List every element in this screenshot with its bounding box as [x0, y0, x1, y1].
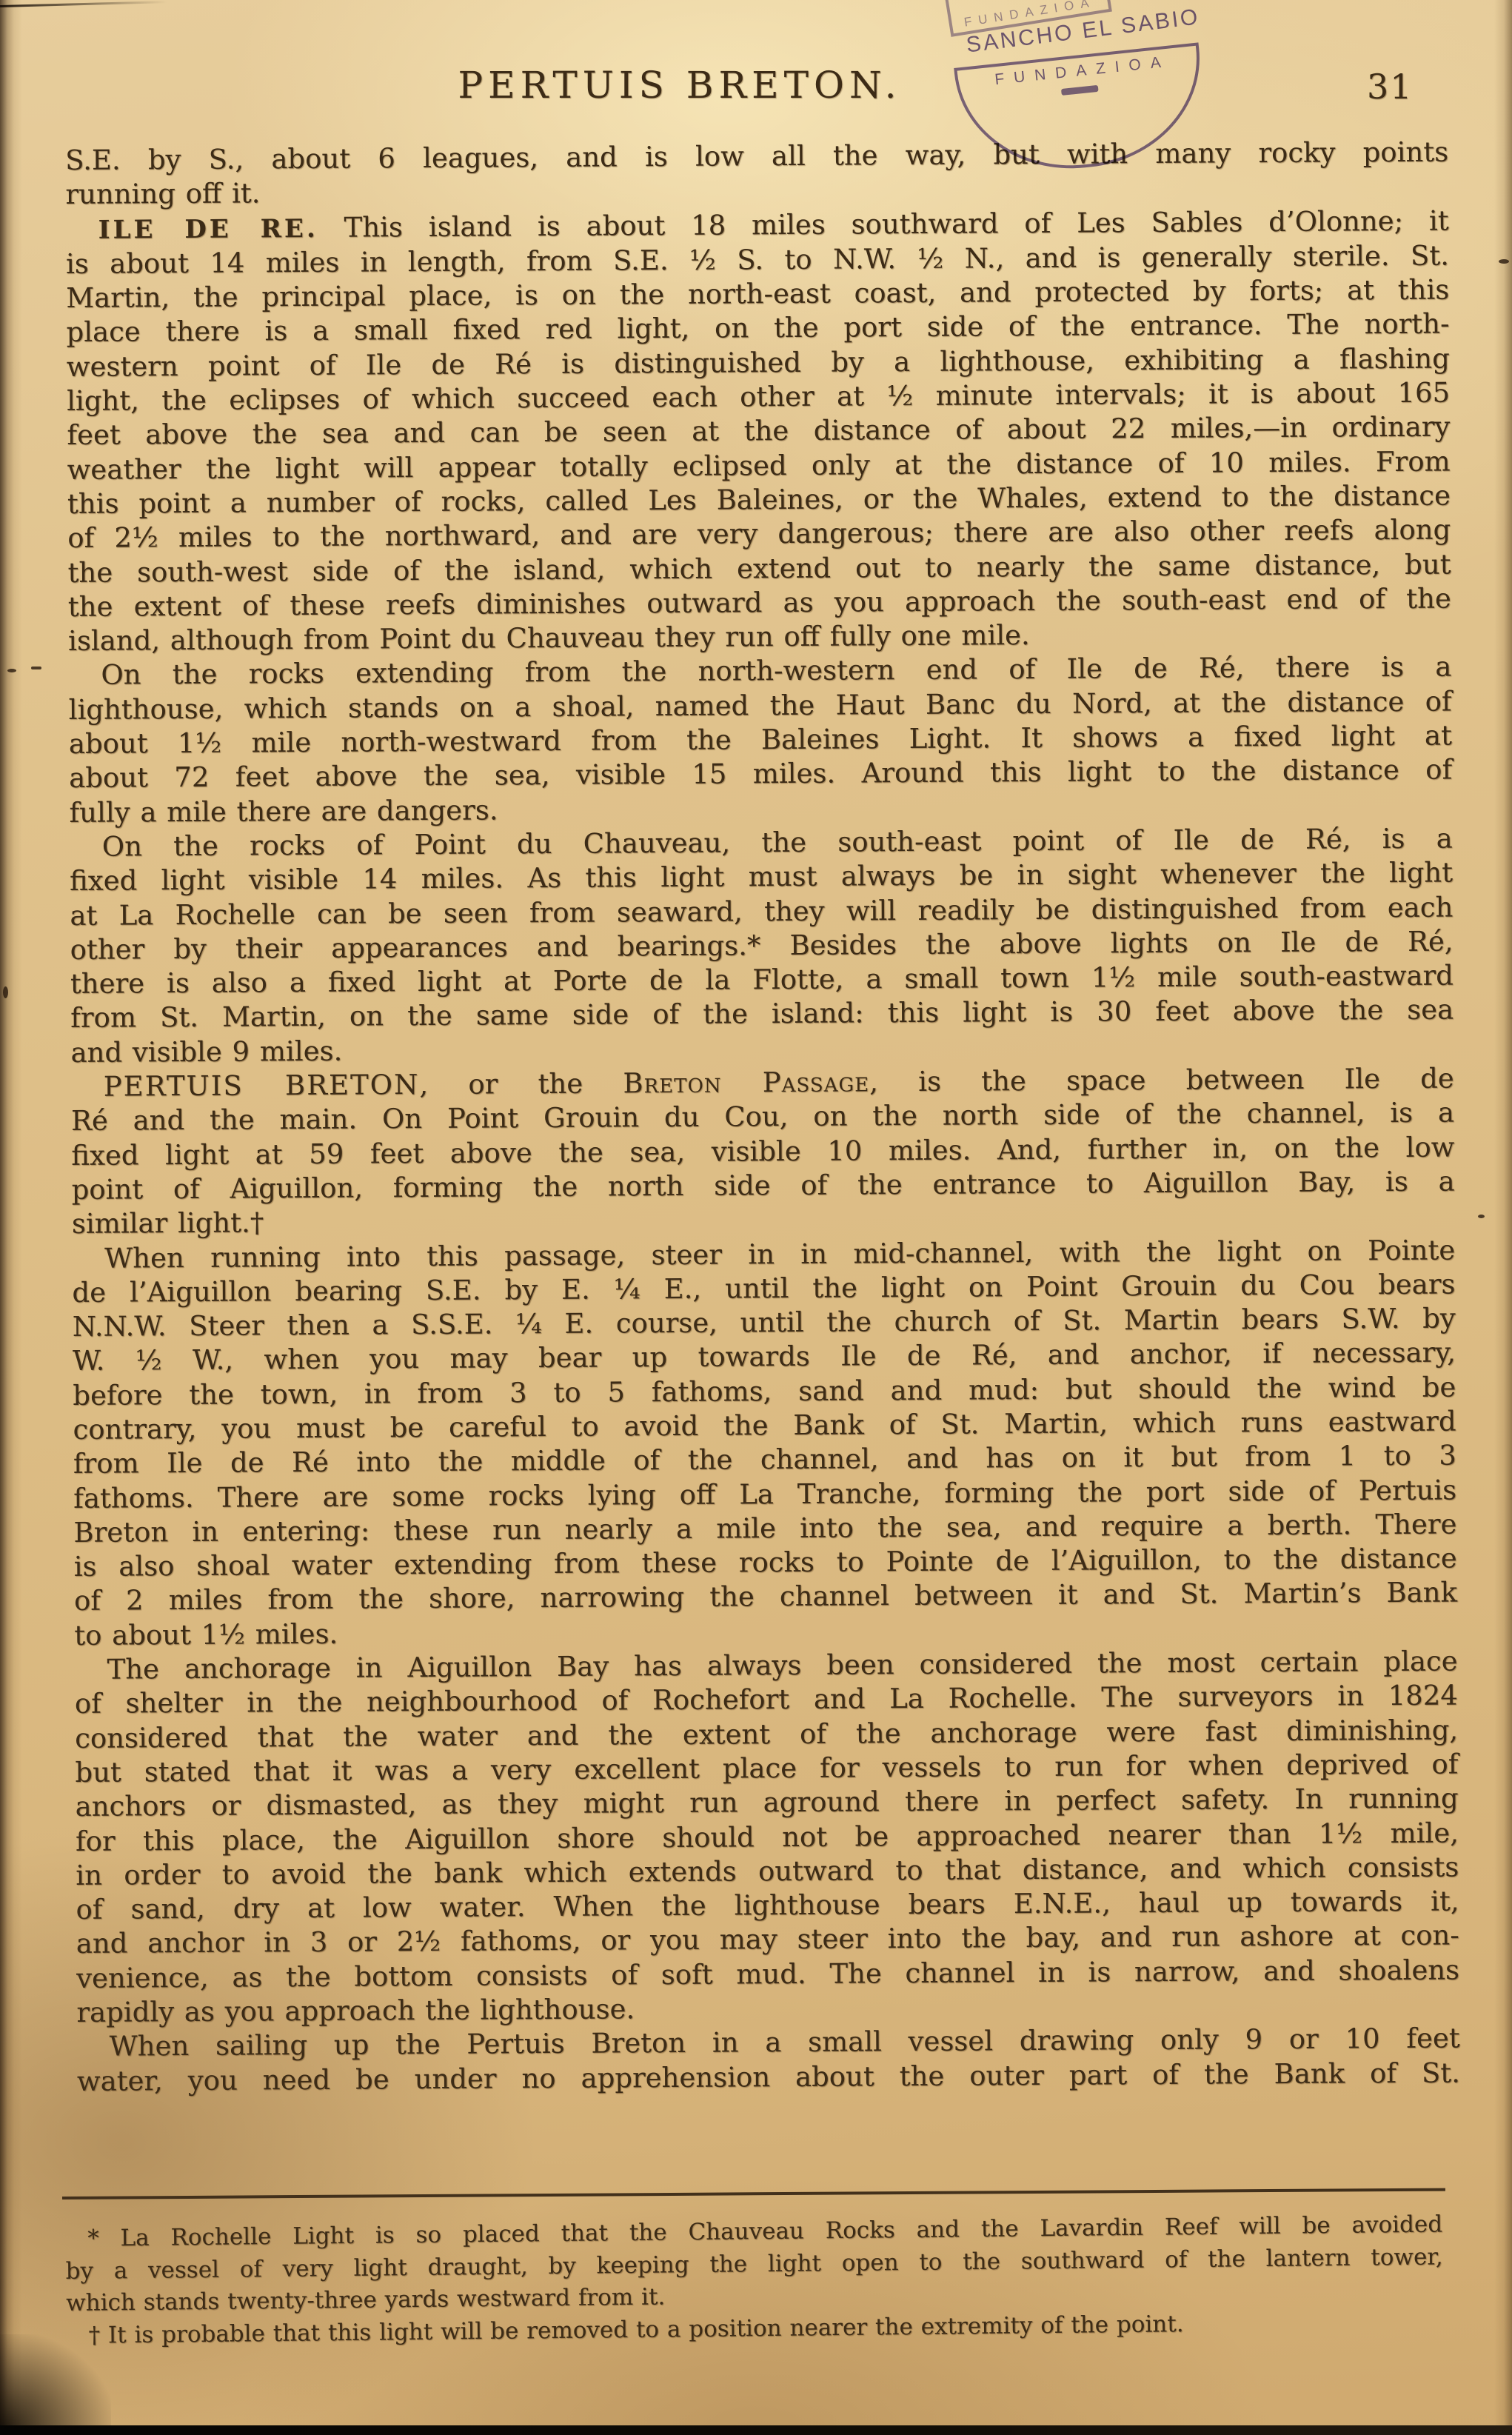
text-run: W. ½ W., when you may bear up towards Il… [73, 1337, 1456, 1377]
text-run: When running into this passage, steer in… [104, 1234, 1455, 1274]
text-run: anchors or dismasted, as they might run … [76, 1783, 1459, 1823]
lead-text-run: ILE DE RE. [98, 214, 318, 245]
text-run: venience, as the bottom consists of soft… [76, 1954, 1459, 1994]
text-run: fixed light visible 14 miles. As this li… [70, 857, 1453, 897]
ink-speck [31, 667, 41, 669]
text-run: fully a mile there are dangers. [69, 794, 498, 829]
text-run: running off it. [65, 178, 260, 211]
text-run: point of Aiguillon, forming the north si… [71, 1165, 1454, 1205]
caps-text-run: PERTUIS BRETON [104, 1069, 420, 1103]
ink-speck [7, 669, 16, 672]
text-run: island, although from Point du Chauveau … [68, 619, 1030, 657]
page-number: 31 [1367, 67, 1414, 107]
ink-speck [1478, 1215, 1485, 1218]
bottom-left-page-curl [0, 2334, 111, 2431]
footnote-divider [62, 2188, 1445, 2199]
text-run: from Ile de Ré into the middle of the ch… [73, 1440, 1456, 1480]
page-right-edge-shadow [1494, 0, 1512, 2435]
body-text: S.E. by S., about 6 leagues, and is low … [65, 136, 1460, 2099]
sc-text-run: Breton Passage [623, 1066, 869, 1099]
text-run: similar light.† [72, 1207, 264, 1240]
text-run: of shelter in the neighbourhood of Roche… [75, 1680, 1458, 1720]
text-run: and anchor in 3 or 2½ fathoms, or you ma… [76, 1920, 1459, 1960]
ink-speck [1499, 259, 1509, 264]
stamp-dash-mark [1061, 85, 1099, 96]
text-run: This island is about 18 miles southward … [318, 204, 1449, 243]
bottom-scan-edge [0, 2425, 1512, 2435]
text-run: feet above the sea and can be seen at th… [67, 411, 1450, 451]
ink-speck [3, 986, 8, 998]
text-run: of 2 miles from the shore, narrowing the… [74, 1577, 1457, 1617]
top-left-corner-mark [0, 1, 167, 7]
text-run: S.E. by S., about 6 leagues, and is low … [65, 136, 1448, 176]
text-run: which stands twenty-three yards westward… [66, 2284, 666, 2317]
text-run: of 2½ miles to the northward, and are ve… [67, 514, 1451, 554]
library-stamp: FUNDAZIOA SANCHO EL SABIO FUNDAZIOA [948, 0, 1217, 193]
text-run: , is the space between Ile de [869, 1063, 1454, 1098]
text-run: , or the [419, 1067, 623, 1100]
text-run: Ré and the main. On Point Grouin du Cou,… [71, 1097, 1454, 1137]
text-run: water, you need be under no apprehension… [77, 2057, 1460, 2097]
text-run: and visible 9 miles. [70, 1035, 342, 1068]
text-run: rapidly as you approach the lighthouse. [76, 1993, 635, 2028]
text-run: the extent of these reefs diminishes out… [68, 582, 1451, 622]
page-left-edge-shadow [0, 0, 22, 2435]
footnotes: * La Rochelle Light is so placed that th… [65, 2209, 1444, 2352]
stamp-semicircle: FUNDAZIOA [954, 42, 1210, 180]
text-run: On the rocks extending from the north-we… [101, 651, 1451, 691]
text-run: about 72 feet above the sea, visible 15 … [69, 754, 1452, 794]
text-run: to about 1½ miles. [74, 1618, 338, 1651]
scanned-book-page: PERTUIS BRETON. 31 S.E. by S., about 6 l… [0, 0, 1512, 2435]
text-run: When sailing up the Pertuis Breton in a … [110, 2023, 1460, 2062]
text-run: from St. Martin, on the same side of the… [70, 994, 1454, 1034]
